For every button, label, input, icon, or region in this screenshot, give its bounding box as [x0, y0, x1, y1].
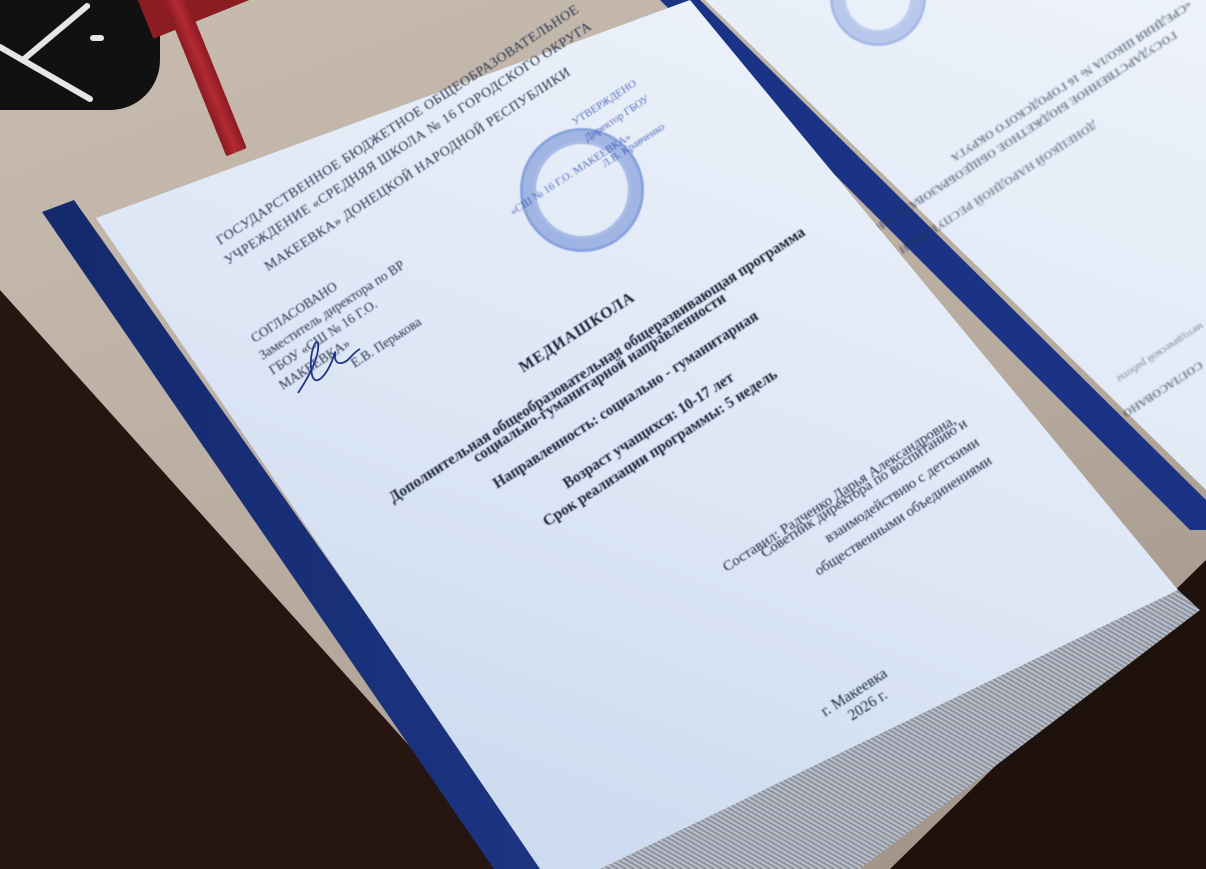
signature [290, 335, 370, 400]
photo-scene: ГОСУДАРСТВЕННОЕ БЮДЖЕТНОЕ ОБЩЕОБРАЗОВАТЕ… [0, 0, 1206, 869]
black-bag [0, 0, 160, 110]
